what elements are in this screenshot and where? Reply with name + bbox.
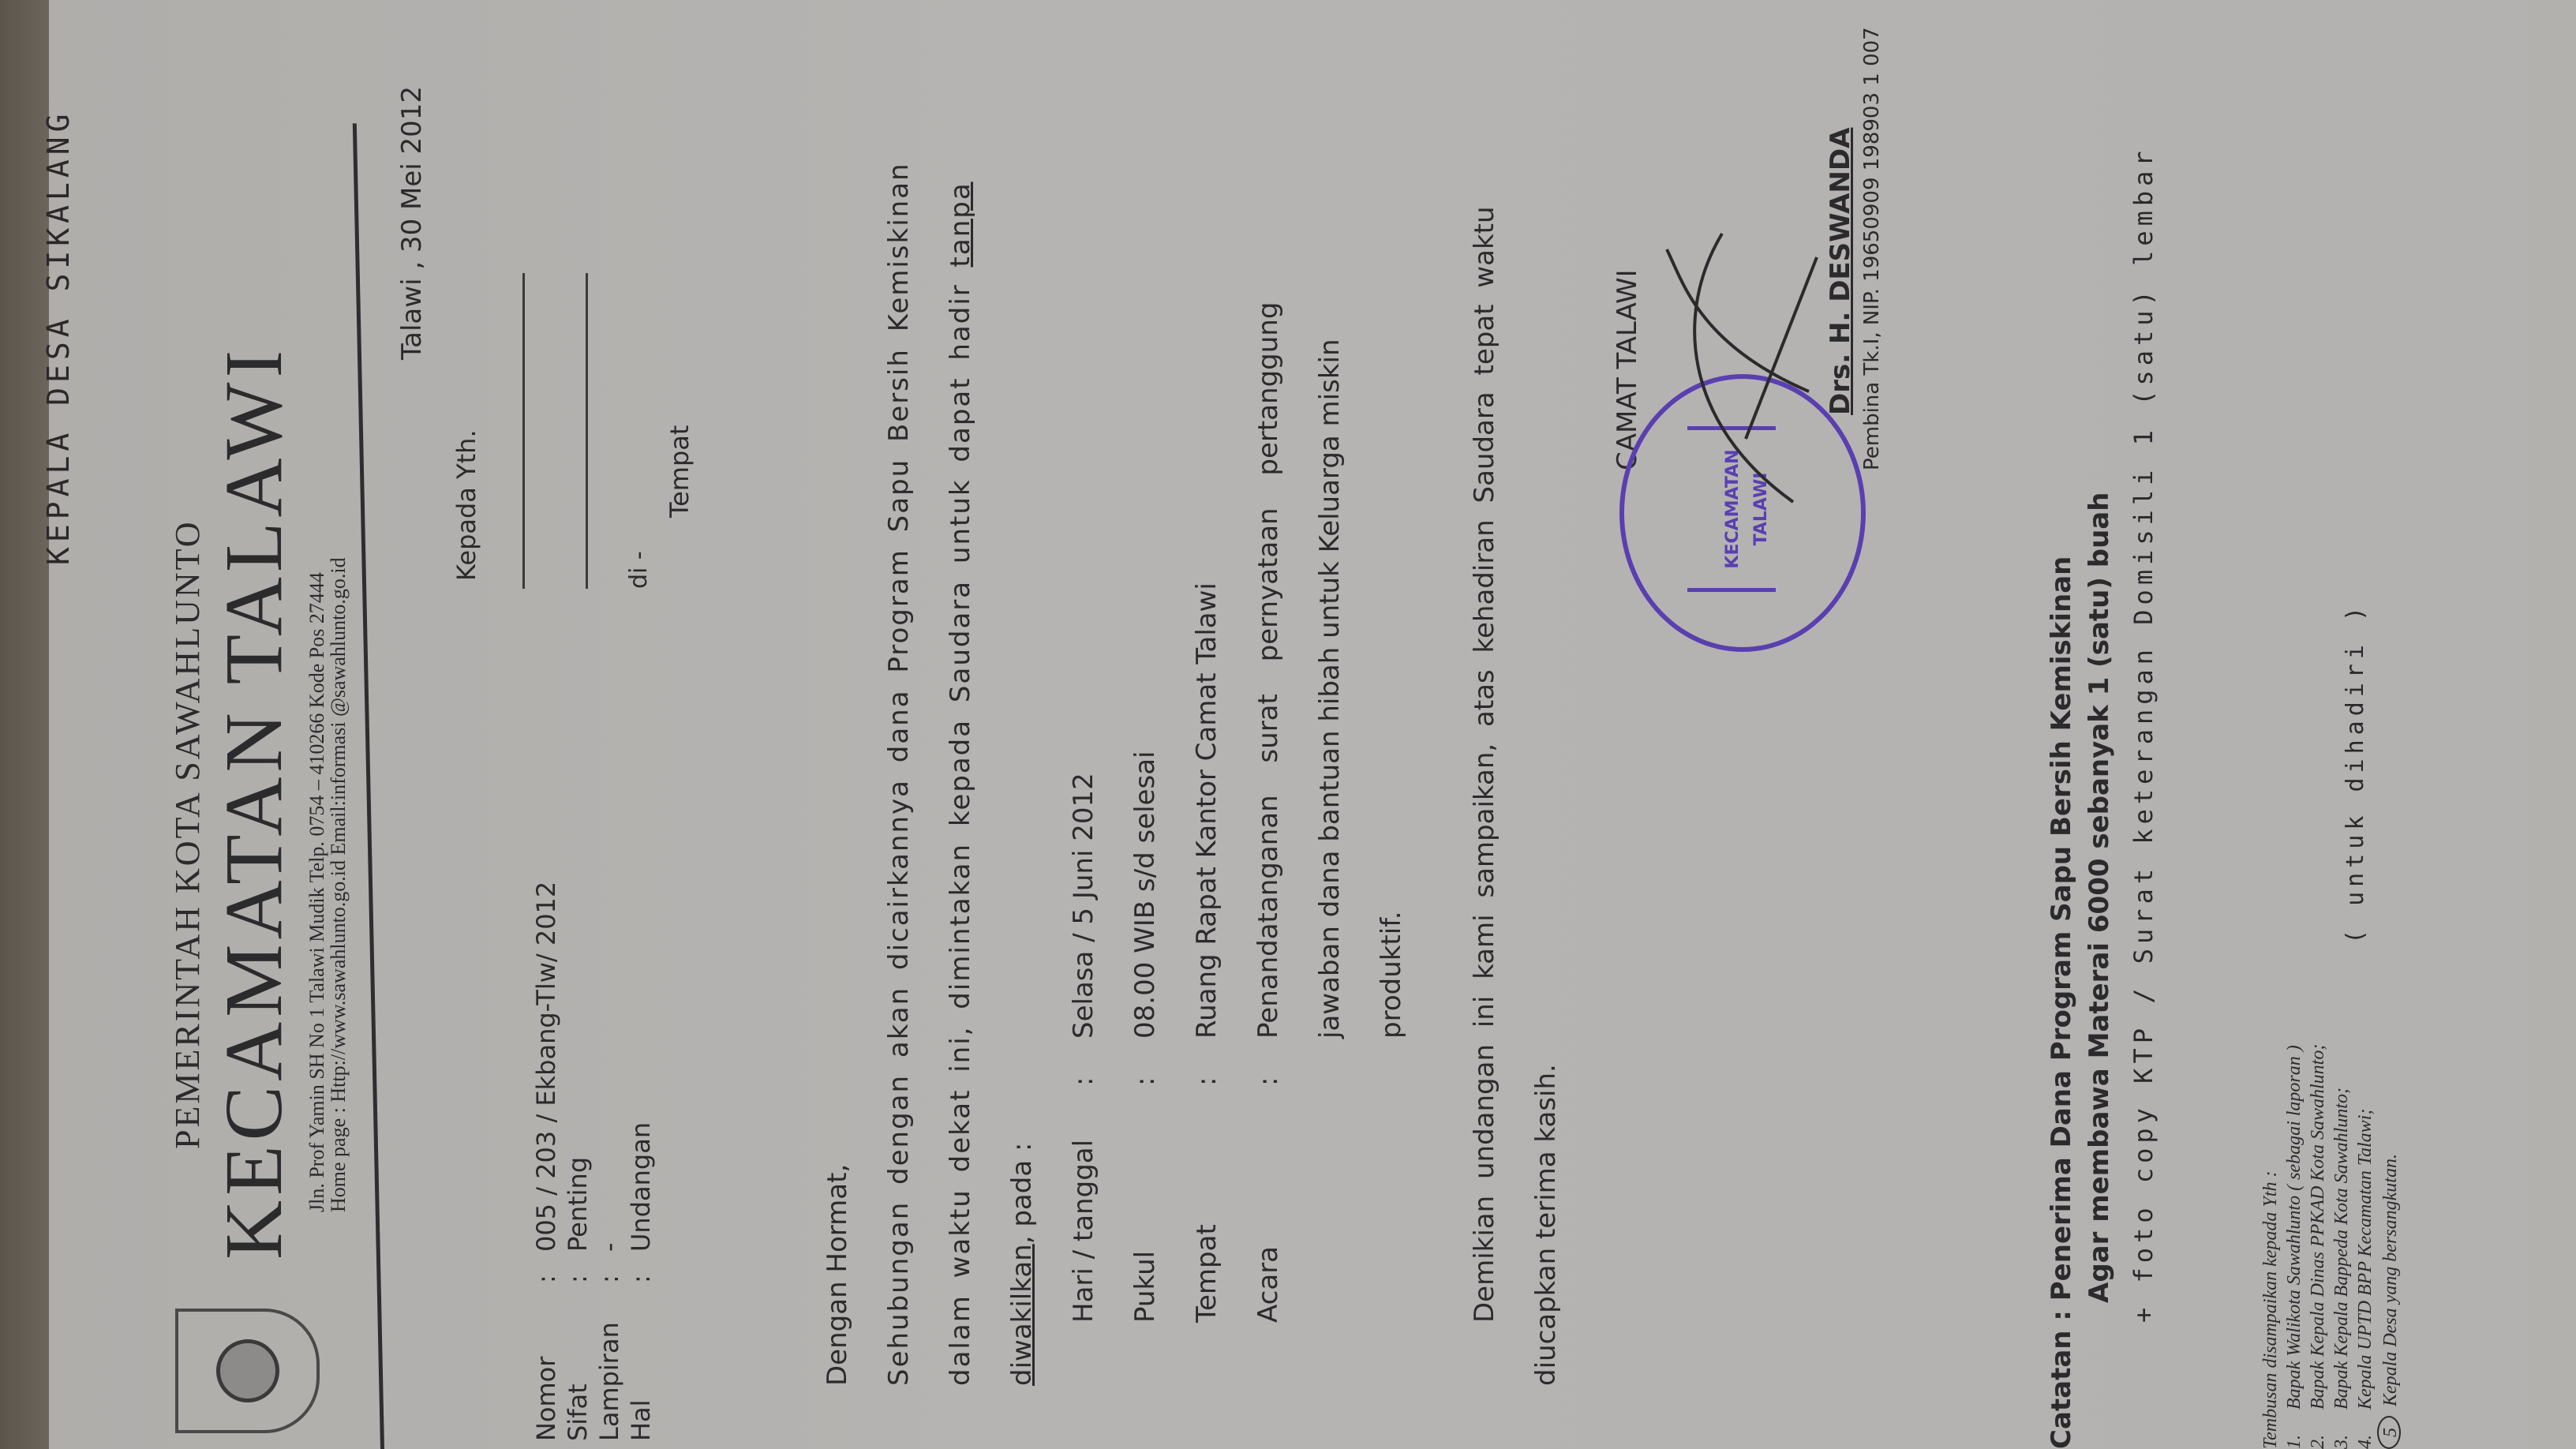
detail-row: Hari / tanggal:Selasa / 5 Juni 2012 — [1053, 28, 1114, 1323]
recipient-di: di - — [625, 551, 653, 589]
letterhead-divider — [353, 123, 384, 1449]
recipient-salutation: Kepada Yth. — [451, 429, 481, 581]
margin-handwritten-note: KEPALA DESA SIKALANG — [41, 109, 76, 565]
closing-paragraph: Demikian undangan ini kami sampaikan, at… — [1454, 28, 1515, 1386]
letterhead-office: KECAMATAN TALAWI — [207, 346, 301, 1260]
circled-number-icon: 5 — [2377, 1416, 2401, 1449]
meta-row: Lampiran:- — [593, 882, 625, 1441]
event-details: Hari / tanggal:Selasa / 5 Juni 2012 Puku… — [1053, 28, 1422, 1386]
handwritten-note-1: + foto copy KTP / Surat keterangan Domis… — [2129, 146, 2159, 1323]
cc-heading: Tembusan disampaikan kepada Yth : — [2259, 1044, 2282, 1449]
detail-row: Tempat:Ruang Rapat Kantor Camat Talawi — [1176, 28, 1237, 1323]
recipient-blank-line — [522, 273, 525, 589]
letter-page: KEPALA DESA SIKALANG PEMERINTAH KOTA SAW… — [49, 0, 2527, 1449]
city-emblem-icon — [175, 1309, 320, 1433]
signature-scribble-icon — [1651, 202, 1840, 518]
cc-list: Tembusan disampaikan kepada Yth : 1.Bapa… — [2259, 1044, 2402, 1449]
cc-item: 5Kepala Desa yang bersangkutan. — [2377, 1044, 2402, 1449]
meta-row: Hal:Undangan — [625, 882, 657, 1441]
body-paragraph-1: Sehubungan dengan akan dicairkannya dana… — [868, 28, 930, 1386]
recipient-place: Tempat — [665, 425, 695, 518]
letter-body: Dengan Hormat, Sehubungan dengan akan di… — [807, 28, 1577, 1386]
letter-date: Talawi , 30 Mei 2012 — [396, 86, 428, 360]
cc-item: 3.Bapak Kepala Bappeda Kota Sawahlunto; — [2330, 1044, 2353, 1449]
signatory-nip: Pembina Tk.I, NIP. 19650909 198903 1 007 — [1860, 27, 1884, 470]
letterhead-government: PEMERINTAH KOTA SAWAHLUNTO — [167, 520, 208, 1150]
letter-number: 005 / 203 / Ekbang-Tlw/ 2012 — [531, 882, 561, 1252]
meta-row: Nomor:005 / 203 / Ekbang-Tlw/ 2012 — [530, 882, 562, 1441]
note-line-1: Catatan : Penerima Dana Program Sapu Ber… — [2046, 556, 2077, 1449]
letterhead-address: Jln. Prof Yamin SH No 1 Talawi Mudik Tel… — [305, 572, 329, 1212]
note-line-2: Agar membawa Materai 6000 sebanyak 1 (sa… — [2084, 492, 2115, 1303]
greeting: Dengan Hormat, — [807, 28, 868, 1386]
detail-row: Acara:Penandatanganan surat pernyataan p… — [1237, 28, 1299, 1323]
meta-row: Sifat:Penting — [562, 882, 593, 1441]
cc-item: 4.Kepala UPTD BPP Kecamatan Talawi; — [2353, 1044, 2377, 1449]
cc-item: 1.Bapak Walikota Sawahlunto ( sebagai la… — [2282, 1044, 2306, 1449]
letter-meta: Nomor:005 / 203 / Ekbang-Tlw/ 2012 Sifat… — [530, 882, 657, 1441]
detail-row: Pukul:08.00 WIB s/d selesai — [1114, 28, 1176, 1323]
signatory-name: Drs. H. DESWANDA — [1825, 128, 1856, 415]
handwritten-note-2: ( untuk dihadiri ) — [2342, 602, 2369, 944]
recipient-blank-line — [586, 273, 588, 589]
letterhead-web: Home page : Http://www.sawahlunto.go.id … — [327, 557, 350, 1212]
cc-item: 2.Bapak Kepala Dinas PPKAD Kota Sawahlun… — [2306, 1044, 2330, 1449]
